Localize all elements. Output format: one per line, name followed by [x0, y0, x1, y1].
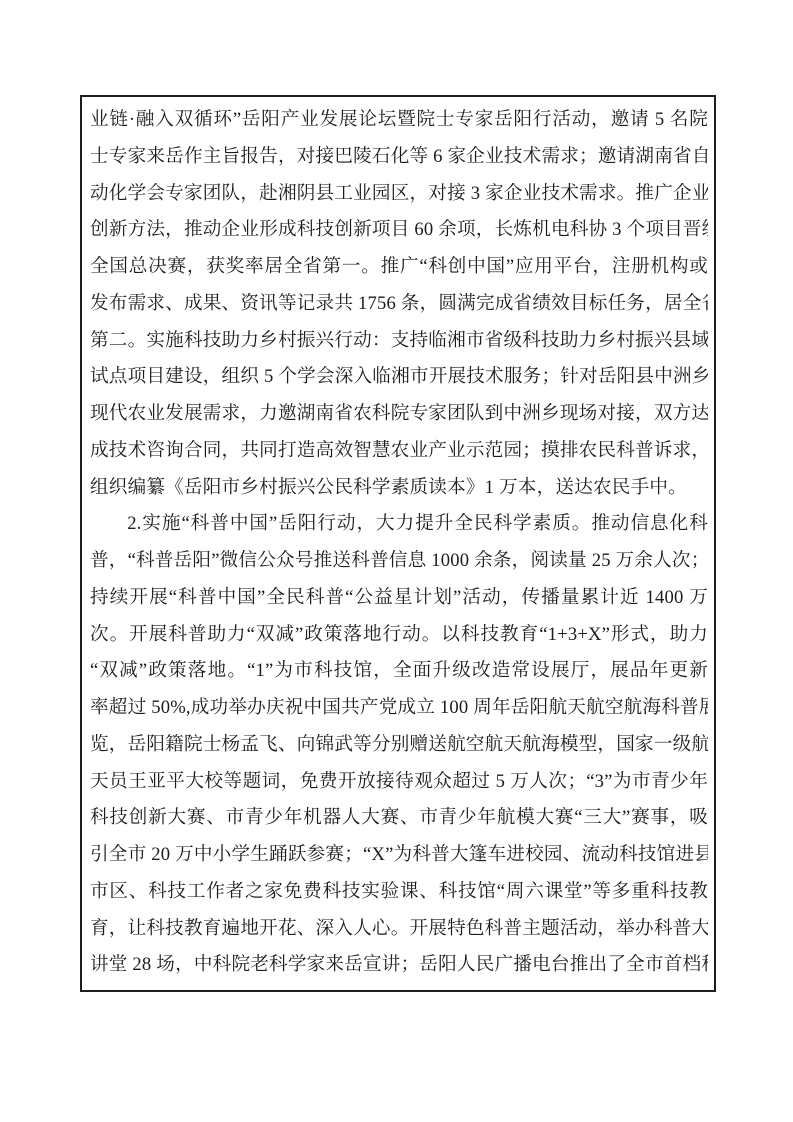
text-line: 第二。实施科技助力乡村振兴行动：支持临湘市省级科技助力乡村振兴县域	[90, 323, 708, 360]
text-line: 引全市 20 万中小学生踊跃参赛；“X”为科普大篷车进校园、流动科技馆进县	[90, 837, 708, 874]
text-line: “双减”政策落地。“1”为市科技馆，全面升级改造常设展厅，展品年更新	[90, 653, 708, 690]
text-line: 天员王亚平大校等题词，免费开放接待观众超过 5 万人次；“3”为市青少年	[90, 764, 708, 801]
text-line: 动化学会专家团队，赴湘阴县工业园区，对接 3 家企业技术需求。推广企业	[90, 176, 708, 213]
document-page: 业链·融入双循环”岳阳产业发展论坛暨院士专家岳阳行活动，邀请 5 名院士专家来岳…	[0, 0, 793, 1122]
text-line: 次。开展科普助力“双减”政策落地行动。以科技教育“1+3+X”形式，助力	[90, 617, 708, 654]
text-line: 现代农业发展需求，力邀湖南省农科院专家团队到中洲乡现场对接，双方达	[90, 396, 708, 433]
text-line: 普，“科普岳阳”微信公众号推送科普信息 1000 余条，阅读量 25 万余人次；	[90, 543, 708, 580]
text-line: 率超过 50%,成功举办庆祝中国共产党成立 100 周年岳阳航天航空航海科普展	[90, 690, 708, 727]
text-line: 组织编纂《岳阳市乡村振兴公民科学素质读本》1 万本，送达农民手中。	[90, 470, 708, 507]
text-line: 全国总决赛，获奖率居全省第一。推广“科创中国”应用平台，注册机构或	[90, 249, 708, 286]
text-line: 讲堂 28 场，中科院老科学家来岳宣讲；岳阳人民广播电台推出了全市首档科	[90, 947, 708, 984]
text-line: 试点项目建设，组织 5 个学会深入临湘市开展技术服务；针对岳阳县中洲乡	[90, 359, 708, 396]
text-line: 成技术咨询合同，共同打造高效智慧农业产业示范园；摸排农民科普诉求，	[90, 433, 708, 470]
text-line: 士专家来岳作主旨报告，对接巴陵石化等 6 家企业技术需求；邀请湖南省自	[90, 139, 708, 176]
text-line: 业链·融入双循环”岳阳产业发展论坛暨院士专家岳阳行活动，邀请 5 名院	[90, 102, 708, 139]
text-line: 持续开展“科普中国”全民科普“公益星计划”活动，传播量累计近 1400 万	[90, 580, 708, 617]
text-line: 发布需求、成果、资讯等记录共 1756 条，圆满完成省绩效目标任务，居全省	[90, 286, 708, 323]
text-block: 业链·融入双循环”岳阳产业发展论坛暨院士专家岳阳行活动，邀请 5 名院士专家来岳…	[90, 102, 708, 984]
text-line: 2.实施“科普中国”岳阳行动，大力提升全民科学素质。推动信息化科	[90, 506, 708, 543]
text-line: 览，岳阳籍院士杨孟飞、向锦武等分别赠送航空航天航海模型，国家一级航	[90, 727, 708, 764]
text-line: 市区、科技工作者之家免费科技实验课、科技馆“周六课堂”等多重科技教	[90, 874, 708, 911]
document-table-cell: 业链·融入双循环”岳阳产业发展论坛暨院士专家岳阳行活动，邀请 5 名院士专家来岳…	[80, 95, 716, 992]
text-line: 育，让科技教育遍地开花、深入人心。开展特色科普主题活动，举办科普大	[90, 911, 708, 948]
text-line: 科技创新大赛、市青少年机器人大赛、市青少年航模大赛“三大”赛事，吸	[90, 800, 708, 837]
text-line: 创新方法，推动企业形成科技创新项目 60 余项，长炼机电科协 3 个项目晋级	[90, 212, 708, 249]
